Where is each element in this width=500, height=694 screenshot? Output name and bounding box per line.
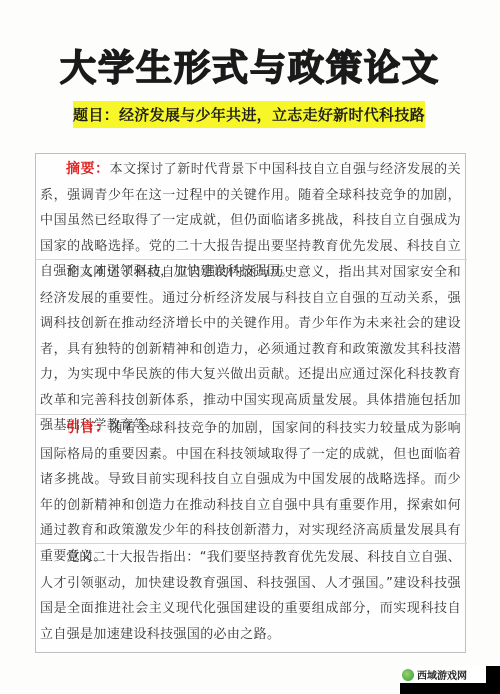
abstract-paragraph-2: 论文阐述了科技自立自强的内涵与历史意义，指出其对国家安全和经济发展的重要性。通过… [40, 260, 461, 439]
abstract-section-cont: 论文阐述了科技自立自强的内涵与历史意义，指出其对国家安全和经济发展的重要性。通过… [36, 260, 467, 439]
paper-content-box: 摘要：本文探讨了新时代背景下中国科技自立自强与经济发展的关系，强调青少年在这一过… [35, 153, 466, 653]
introduction-paragraph-2: 党的二十大报告指出：“我们要坚持教育优先发展、科技自立自强、人才引领驱动，加快建… [40, 545, 461, 647]
watermark: 西域游戏网 [400, 666, 500, 694]
subtitle-highlight: 题目：经济发展与少年共进，立志走好新时代科技路 [73, 101, 425, 128]
introduction-section-cont: 党的二十大报告指出：“我们要坚持教育优先发展、科技自立自强、人才引领驱动，加快建… [36, 545, 467, 647]
leaf-logo-icon [402, 669, 414, 681]
introduction-label: 引言： [66, 420, 110, 436]
section-divider [36, 543, 467, 544]
subtitle: 题目：经济发展与少年共进，立志走好新时代科技路 [73, 104, 425, 125]
abstract-label: 摘要： [66, 161, 110, 177]
watermark-text: 西域游戏网 [417, 667, 467, 682]
section-divider [36, 414, 467, 415]
document-title: 大学生形式与政策论文 [0, 47, 500, 91]
